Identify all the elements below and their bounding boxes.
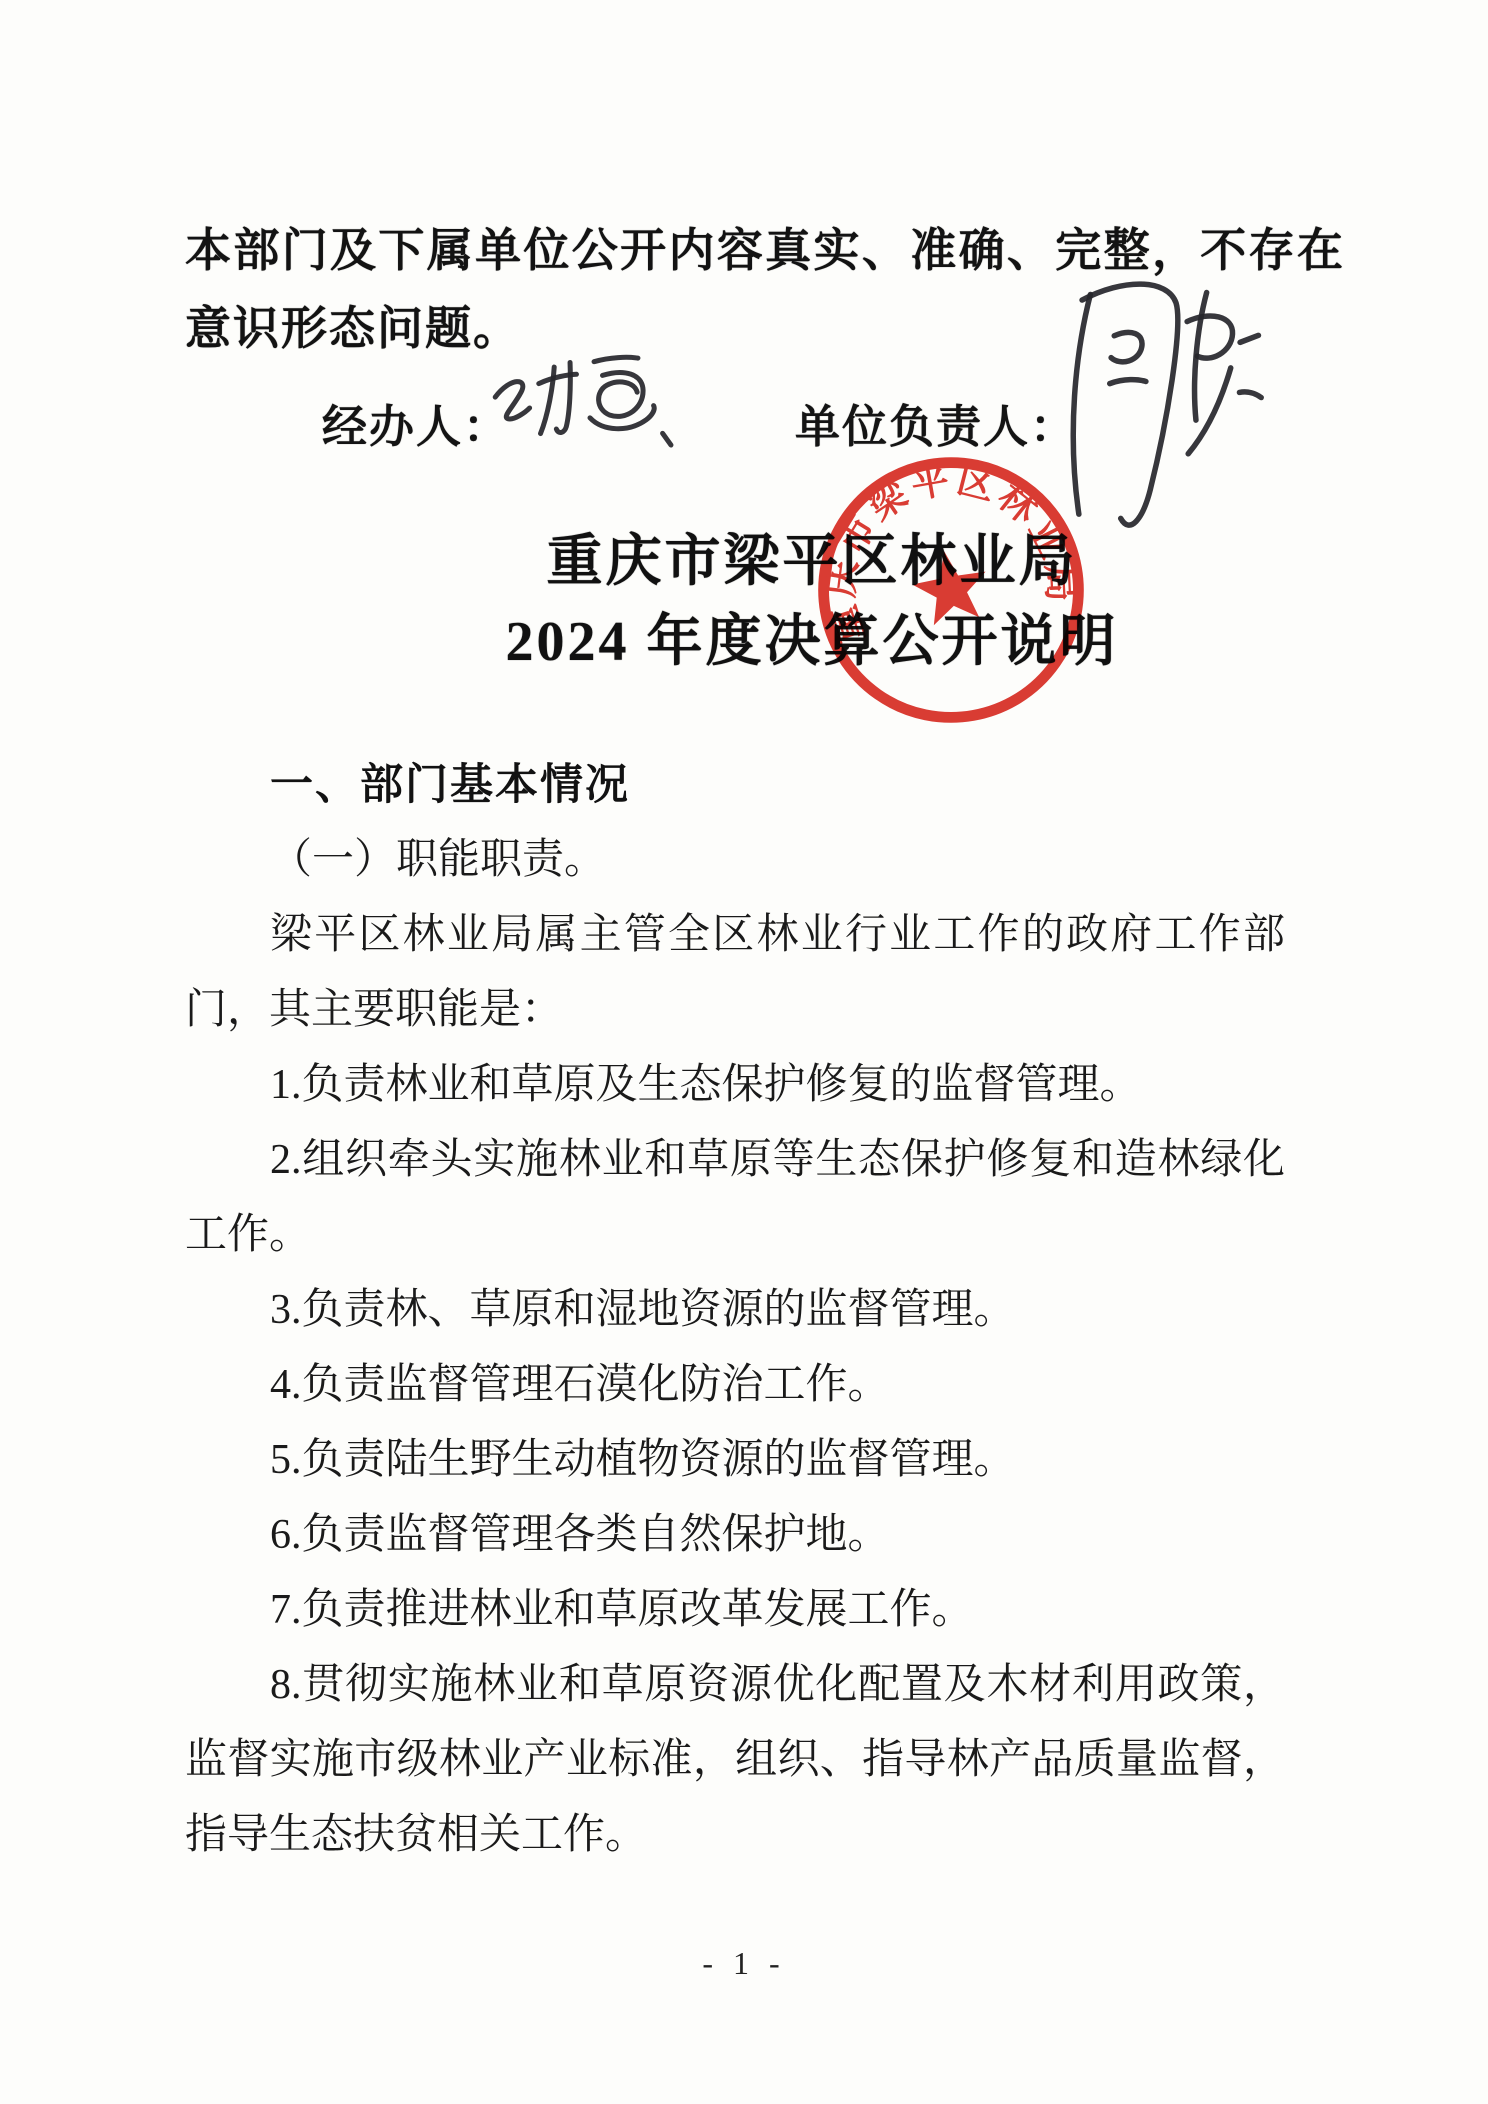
document-title: 重庆市梁平区林业局 2024 年度决算公开说明 (68, 522, 1488, 682)
title-line-2: 2024 年度决算公开说明 (68, 602, 1488, 682)
subsection-heading: （一）职能职责。 (185, 823, 1285, 898)
svg-text:重庆市梁平区林业局: 重庆市梁平区林业局 (799, 439, 1086, 649)
official-seal-icon: 重庆市梁平区林业局 (781, 420, 1122, 761)
document-page: 本部门及下属单位公开内容真实、准确、完整，不存在意识形态问题。 经办人： 单位负… (0, 0, 1488, 2104)
duty-item: 7.负责推进林业和草原改革发展工作。 (185, 1573, 1285, 1648)
duty-item: 3.负责林、草原和湿地资源的监督管理。 (185, 1273, 1285, 1348)
intro-paragraph: 梁平区林业局属主管全区林业行业工作的政府工作部门，其主要职能是： (185, 898, 1285, 1048)
duty-item: 4.负责监督管理石漠化防治工作。 (185, 1348, 1285, 1423)
page-number: - 1 - (0, 1945, 1488, 1982)
seal-arc-text: 重庆市梁平区林业局 (799, 439, 1086, 649)
title-line-1: 重庆市梁平区林业局 (68, 522, 1488, 602)
duty-item: 6.负责监督管理各类自然保护地。 (185, 1498, 1285, 1573)
duty-item: 2.组织牵头实施林业和草原等生态保护修复和造林绿化工作。 (185, 1123, 1285, 1273)
duty-item: 8.贯彻实施林业和草原资源优化配置及木材利用政策，监督实施市级林业产业标准，组织… (185, 1648, 1285, 1873)
duty-item: 5.负责陆生野生动植物资源的监督管理。 (185, 1423, 1285, 1498)
handler-signature-icon (476, 348, 695, 487)
section-heading: 一、部门基本情况 (185, 748, 1285, 823)
duty-item: 1.负责林业和草原及生态保护修复的监督管理。 (185, 1048, 1285, 1123)
document-body: 一、部门基本情况 （一）职能职责。 梁平区林业局属主管全区林业行业工作的政府工作… (185, 748, 1285, 1873)
